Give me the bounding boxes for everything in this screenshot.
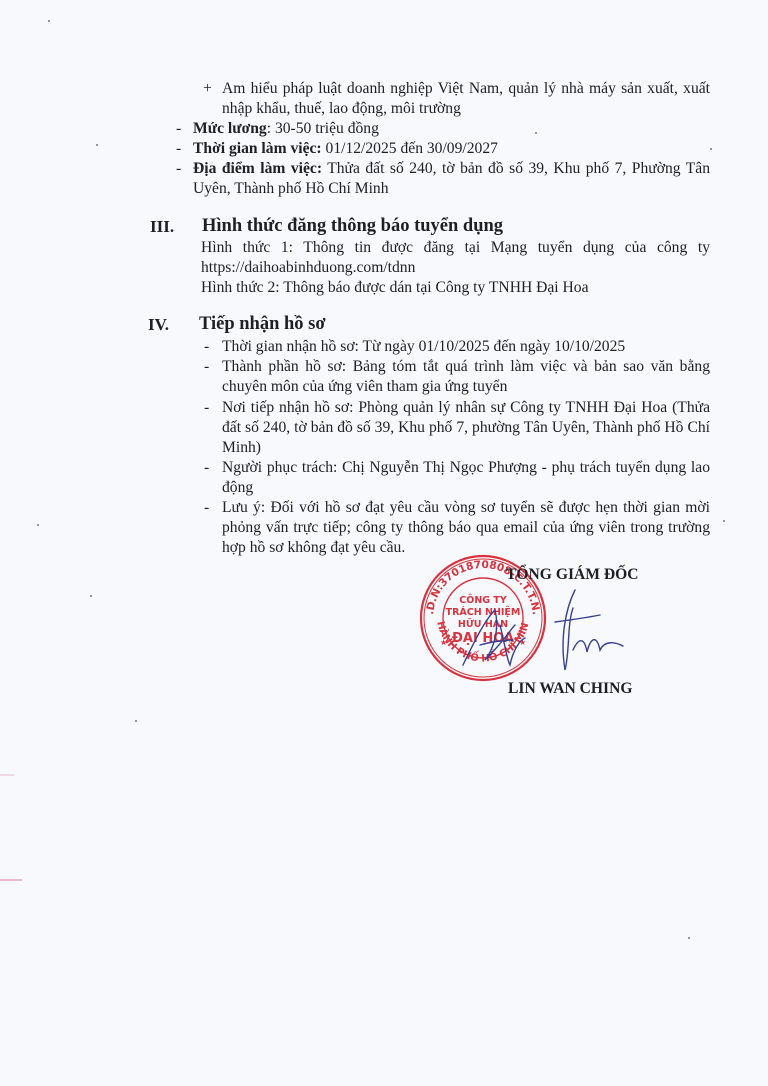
- sub-bullet-line-2: nhập khẩu, thuế, lao động, môi trường: [222, 99, 461, 119]
- section-3-title: Hình thức đăng thông báo tuyển dụng: [202, 215, 503, 237]
- salary-label: Mức lương: [193, 120, 267, 137]
- work-location-continuation: Uyên, Thành phố Hồ Chí Minh: [193, 179, 389, 199]
- signatory-name: LIN WAN CHING: [508, 680, 632, 698]
- submission-period: Thời gian nhận hồ sơ: Từ ngày 01/10/2025…: [222, 337, 625, 357]
- scan-speck: [535, 132, 537, 134]
- bullet-marker: -: [176, 139, 181, 159]
- scan-edge-mark: [0, 879, 22, 881]
- scan-speck: [135, 720, 137, 722]
- section-3-url[interactable]: https://daihoabinhduong.com/tdnn: [201, 258, 415, 278]
- salary-item: Mức lương: 30-50 triệu đồng: [193, 119, 379, 139]
- scan-speck: [723, 520, 725, 522]
- handwritten-signature-icon: [455, 570, 635, 680]
- submission-place-line-3: Minh): [222, 438, 261, 458]
- work-location-value: Thửa đất số 240, tờ bản đồ số 39, Khu ph…: [327, 160, 710, 177]
- submission-place-line-2: đất số 240, tờ bản đồ số 39, Khu phố 7, …: [222, 418, 710, 438]
- bullet-marker: -: [204, 357, 209, 377]
- note-line-1: Lưu ý: Đối với hồ sơ đạt yêu cầu vòng sơ…: [222, 498, 710, 518]
- section-3-number: III.: [150, 216, 174, 238]
- work-location-item: Địa điểm làm việc: Thửa đất số 240, tờ b…: [193, 159, 710, 179]
- scan-edge-mark: [0, 774, 14, 776]
- bullet-marker: -: [176, 119, 181, 139]
- salary-value: 30-50 triệu đồng: [275, 120, 379, 137]
- sub-bullet-marker: +: [203, 79, 212, 99]
- bullet-marker: -: [204, 337, 209, 357]
- note-line-3: hợp hồ sơ không đạt yêu cầu.: [222, 538, 405, 558]
- contact-person-line-2: động: [222, 478, 253, 498]
- section-3-line-1: Hình thức 1: Thông tin được đăng tại Mạn…: [201, 238, 710, 258]
- submission-place-line-1: Nơi tiếp nhận hồ sơ: Phòng quản lý nhân …: [222, 398, 710, 418]
- section-3-line-3: Hình thức 2: Thông báo được dán tại Công…: [201, 278, 589, 298]
- bullet-marker: -: [204, 458, 209, 478]
- scan-speck: [90, 595, 92, 597]
- scan-speck: [96, 144, 98, 146]
- section-4-number: IV.: [148, 314, 169, 336]
- note-line-2: phỏng vấn trực tiếp; công ty thông báo q…: [222, 518, 710, 538]
- application-documents-line-1: Thành phần hồ sơ: Bảng tóm tắt quá trình…: [222, 357, 710, 377]
- bullet-marker: -: [204, 498, 209, 518]
- scan-speck: [688, 937, 690, 939]
- section-4-title: Tiếp nhận hồ sơ: [199, 313, 326, 335]
- bullet-marker: -: [204, 398, 209, 418]
- scan-speck: [48, 20, 50, 22]
- bullet-marker: -: [176, 159, 181, 179]
- working-period-value: 01/12/2025 đến 30/09/2027: [326, 140, 498, 157]
- document-page: + Am hiểu pháp luật doanh nghiệp Việt Na…: [0, 0, 768, 1086]
- application-documents-line-2: chuyên môn của ứng viên tham gia ứng tuy…: [222, 377, 507, 397]
- work-location-label: Địa điểm làm việc:: [193, 160, 322, 177]
- working-period-item: Thời gian làm việc: 01/12/2025 đến 30/09…: [193, 139, 498, 159]
- svg-text:★: ★: [440, 638, 447, 647]
- sub-bullet-line-1: Am hiểu pháp luật doanh nghiệp Việt Nam,…: [222, 79, 710, 99]
- working-period-label: Thời gian làm việc:: [193, 140, 322, 157]
- scan-speck: [710, 148, 712, 150]
- scan-speck: [37, 524, 39, 526]
- contact-person-line-1: Người phục trách: Chị Nguyễn Thị Ngọc Ph…: [222, 458, 710, 478]
